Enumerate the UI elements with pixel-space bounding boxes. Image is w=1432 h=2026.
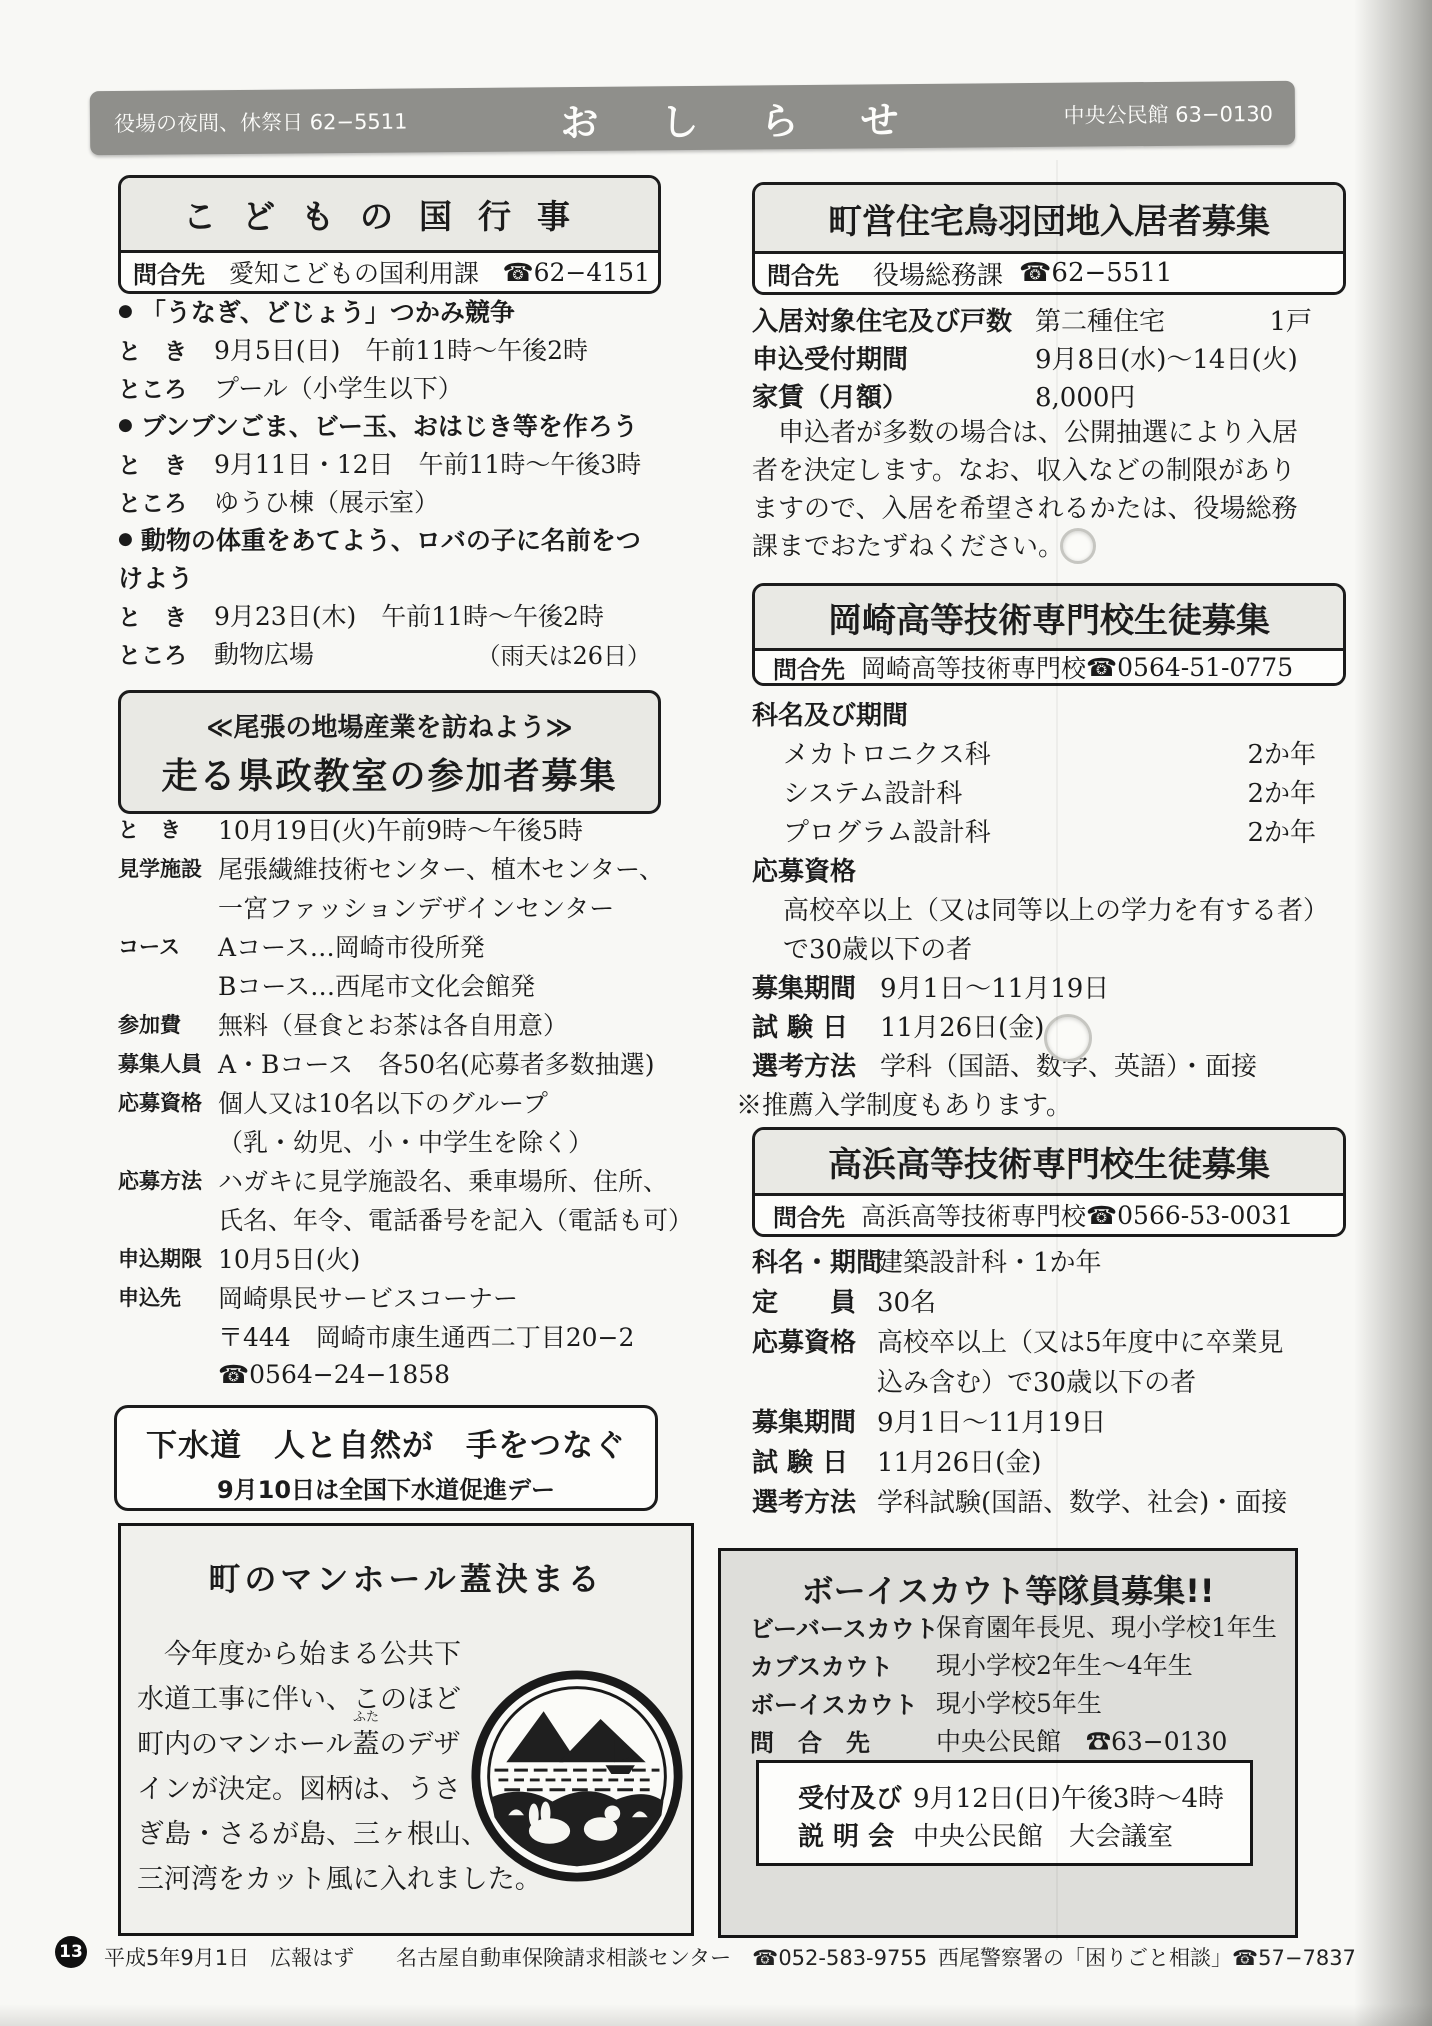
row-label: 申込受付期間 xyxy=(752,339,1035,376)
row-label: 募集期間 xyxy=(752,1402,877,1439)
section-kodomo-contact: 問合先 愛知こどもの国利用課 ☎62−4151 xyxy=(121,250,658,291)
event-where: ところ 動物広場 （雨天は26日） xyxy=(118,634,655,672)
row-label: 応募資格 xyxy=(752,851,856,888)
sewerage-banner: 下水道 人と自然が 手をつなぐ 9月10日は全国下水道促進デー xyxy=(114,1405,658,1511)
section-takahama-title: 高浜高等技術専門校生徒募集 xyxy=(755,1130,1343,1193)
row-value: 尾張繊維技術センター、植木センター、 xyxy=(218,850,664,886)
ruby-furigana: ふた xyxy=(353,1711,379,1724)
section-jutaku-title: 町営住宅鳥羽団地入居者募集 xyxy=(755,185,1343,251)
bullet-icon: ● xyxy=(118,301,133,321)
row-label: 試 験 日 xyxy=(752,1007,880,1044)
event-when: と き 9月23日(木) 午前11時〜午後2時 xyxy=(118,596,655,634)
row-label: 募集期間 xyxy=(752,968,880,1005)
page-bottom-shadow xyxy=(0,2004,1432,2026)
row-label: 問 合 先 xyxy=(750,1723,936,1758)
row-value: 9月12日(日)午後3時〜4時 xyxy=(913,1778,1224,1815)
section-okazaki-body: 科名及び期間 メカトロニクス科2か年 システム設計科2か年 プログラム設計科2か… xyxy=(752,694,1340,1123)
page-edge-shadow xyxy=(1354,0,1432,2026)
event-title: ● 動物の体重をあてよう、ロバの子に名前をつ xyxy=(118,520,655,558)
contact-phone: ☎62−4151 xyxy=(502,258,650,287)
manhole-line: ぎ島・さるが島、三ヶ根山、 xyxy=(137,1812,517,1857)
row-value: 現小学校5年生 xyxy=(936,1684,1102,1720)
manhole-line: 水道工事に伴い、このほど xyxy=(137,1677,517,1722)
bullet-icon: ● xyxy=(118,415,133,435)
row-value: で30歳以下の者 xyxy=(783,929,972,966)
row-label: コース xyxy=(118,931,218,961)
row-value: 無料（昼食とお茶は各自用意） xyxy=(218,1006,568,1042)
event-title: ● 「うなぎ、どじょう」つかみ競争 xyxy=(118,292,655,330)
row-value: 9月8日(水)〜14日(火) xyxy=(1035,339,1298,376)
row-value: Bコース…西尾市文化会館発 xyxy=(218,967,535,1003)
scout-title: ボーイスカウト等隊員募集!! xyxy=(721,1566,1295,1612)
paper-crease xyxy=(1056,160,1058,1940)
section-okazaki-head: 岡崎高等技術専門校生徒募集 問合先 岡崎高等技術専門校 ☎0564-51-077… xyxy=(752,583,1346,686)
recommendation-note: ※推薦入学制度もあります。 xyxy=(736,1085,1072,1122)
row-value: 9月1日〜11月19日 xyxy=(877,1402,1106,1439)
row-value: Aコース…岡崎市役所発 xyxy=(218,928,485,964)
row-label: 申込先 xyxy=(118,1282,218,1312)
contact-label: 問合先 xyxy=(767,256,839,291)
header-bar: 役場の夜間、休祭日 62−5511 お し ら せ 中央公民館 63−0130 xyxy=(90,81,1296,156)
section-jutaku-contact: 問合先 役場総務課 ☎62−5511 xyxy=(755,251,1343,292)
row-value: 学科試験(国語、数学、社会)・面接 xyxy=(877,1482,1287,1519)
punch-hole xyxy=(1060,528,1096,564)
row-value: 氏名、年令、電話番号を記入（電話も可） xyxy=(218,1201,693,1237)
row-value: 11月26日(金) xyxy=(877,1442,1041,1479)
row-value: A・Bコース 各50名(応募者多数抽選) xyxy=(218,1045,655,1081)
section-kodomo-title: こどもの国行事 xyxy=(121,178,658,250)
row-value: 岡崎県民サービスコーナー xyxy=(218,1279,518,1315)
section-kensei-title: 走る県政教室の参加者募集 xyxy=(121,744,658,811)
manhole-line: 町内のマンホール蓋ふたのデザ xyxy=(137,1722,517,1767)
row-label: と き xyxy=(118,814,218,844)
section-takahama-head: 高浜高等技術専門校生徒募集 問合先 高浜高等技術専門校 ☎0566-53-003… xyxy=(752,1127,1346,1237)
row-label: 試 験 日 xyxy=(752,1442,877,1479)
event-when: と き 9月5日(日) 午前11時〜午後2時 xyxy=(118,330,655,368)
section-scout: ボーイスカウト等隊員募集!! ビーバースカウト保育園年長児、現小学校1年生 カブ… xyxy=(718,1548,1298,1938)
course-name: メカトロニクス科 xyxy=(783,734,991,771)
course-name: システム設計科 xyxy=(783,773,962,810)
section-okazaki-contact: 問合先 岡崎高等技術専門校 ☎0564-51-0775 xyxy=(755,648,1343,683)
row-label: ボーイスカウト xyxy=(750,1685,936,1720)
row-value: （乳・幼児、小・中学生を除く） xyxy=(218,1123,593,1159)
row-label: 説 明 会 xyxy=(798,1816,913,1853)
contact-label: 問合先 xyxy=(133,255,205,290)
bullet-icon: ● xyxy=(118,529,133,549)
row-label: 入居対象住宅及び戸数 xyxy=(752,301,1035,338)
manhole-body: 今年度から始まる公共下 水道工事に伴い、このほど 町内のマンホール蓋ふたのデザ … xyxy=(137,1632,517,1902)
row-label: 募集人員 xyxy=(118,1048,218,1078)
scout-rows: ビーバースカウト保育園年長児、現小学校1年生 カブスカウト現小学校2年生〜4年生… xyxy=(750,1607,1270,1759)
page-title: お し ら せ xyxy=(407,87,1064,148)
contact-label: 問合先 xyxy=(773,1198,845,1233)
contact-phone: ☎0566-53-0031 xyxy=(1086,1201,1293,1230)
manhole-line: インが決定。図柄は、うさ xyxy=(137,1767,517,1812)
row-extra: 1戸 xyxy=(1269,301,1340,338)
event-when: と き 9月11日・12日 午前11時〜午後3時 xyxy=(118,444,655,482)
section-jutaku-head: 町営住宅鳥羽団地入居者募集 問合先 役場総務課 ☎62−5511 xyxy=(752,182,1346,295)
row-label: 科名・期間 xyxy=(752,1242,877,1279)
course-term: 2か年 xyxy=(1247,734,1340,771)
footer-date: 平成5年9月1日 広報はず xyxy=(104,1942,354,1972)
course-term: 2か年 xyxy=(1247,773,1340,810)
header-right-phone: 中央公民館 63−0130 xyxy=(1063,98,1273,130)
row-label: 選考方法 xyxy=(752,1046,880,1083)
section-kodomo-body: ● 「うなぎ、どじょう」つかみ競争 と き 9月5日(日) 午前11時〜午後2時… xyxy=(118,292,655,672)
row-value: ☎0564−24−1858 xyxy=(218,1360,450,1389)
manhole-line: 今年度から始まる公共下 xyxy=(137,1632,517,1677)
newsletter-page: 役場の夜間、休祭日 62−5511 お し ら せ 中央公民館 63−0130 … xyxy=(0,0,1432,2026)
section-kensei-body: と き10月19日(火)午前9時〜午後5時 見学施設尾張繊維技術センター、植木セ… xyxy=(118,809,655,1394)
contact-name: 岡崎高等技術専門校 xyxy=(861,649,1086,685)
banner-slogan: 下水道 人と自然が 手をつなぐ xyxy=(117,1420,655,1465)
section-okazaki-title: 岡崎高等技術専門校生徒募集 xyxy=(755,586,1343,648)
row-label: 参加費 xyxy=(118,1009,218,1039)
section-manhole: 町のマンホール蓋決まる 今年度から始まる公共下 水道工事に伴い、このほど 町内の… xyxy=(118,1523,694,1936)
row-label: 家賃（月額） xyxy=(752,377,1035,414)
section-takahama-contact: 問合先 高浜高等技術専門校 ☎0566-53-0031 xyxy=(755,1193,1343,1234)
page-number-badge: 13 xyxy=(55,1936,87,1968)
row-label: 応募資格 xyxy=(752,1322,877,1359)
row-value: 一宮ファッションデザインセンター xyxy=(218,889,614,925)
contact-label: 問合先 xyxy=(773,650,845,685)
row-value: 8,000円 xyxy=(1035,377,1135,414)
contact-phone: ☎0564-51-0775 xyxy=(1086,653,1293,682)
row-value: 込み含む）で30歳以下の者 xyxy=(877,1362,1196,1399)
row-label: 申込期限 xyxy=(118,1243,218,1273)
section-kensei-head: ≪尾張の地場産業を訪ねよう≫ 走る県政教室の参加者募集 xyxy=(118,690,661,814)
contact-name: 高浜高等技術専門校 xyxy=(861,1197,1086,1233)
row-value: 中央公民館 大会議室 xyxy=(913,1816,1173,1853)
row-label: 応募方法 xyxy=(118,1165,218,1195)
row-value: 建築設計科・1か年 xyxy=(877,1242,1102,1279)
rain-note: （雨天は26日） xyxy=(476,636,655,671)
header-left-phone: 役場の夜間、休祭日 62−5511 xyxy=(114,105,408,138)
section-kodomo-head: こどもの国行事 問合先 愛知こどもの国利用課 ☎62−4151 xyxy=(118,175,661,294)
footer-police-contact: 西尾警察署の「困りごと相談」☎57−7837 xyxy=(938,1942,1356,1972)
row-label: 定 員 xyxy=(752,1282,877,1319)
row-label: 受付及び xyxy=(798,1778,913,1815)
row-label: 応募資格 xyxy=(118,1087,218,1117)
course-name: プログラム設計科 xyxy=(783,812,991,849)
row-value: 現小学校2年生〜4年生 xyxy=(936,1646,1193,1682)
row-value: 保育園年長児、現小学校1年生 xyxy=(936,1608,1277,1644)
footer-insurance-contact: 名古屋自動車保険請求相談センター ☎052-583-9755 xyxy=(396,1942,927,1972)
contact-name: 役場総務課 xyxy=(873,255,1003,292)
course-term: 2か年 xyxy=(1247,812,1340,849)
row-value: 30名 xyxy=(877,1282,936,1319)
section-jutaku-body: 入居対象住宅及び戸数第二種住宅1戸 申込受付期間9月8日(水)〜14日(火) 家… xyxy=(752,300,1340,566)
jutaku-paragraph: 申込者が多数の場合は、公開抽選により入居 者を決定します。なお、収入などの制限が… xyxy=(752,414,1340,566)
row-label: 科名及び期間 xyxy=(752,695,908,732)
event-where: ところ プール（小学生以下） xyxy=(118,368,655,406)
row-value: 〒444 岡崎市康生通西二丁目20−2 xyxy=(218,1318,634,1354)
event-title-continued: けよう xyxy=(118,558,655,596)
event-where: ところ ゆうひ棟（展示室） xyxy=(118,482,655,520)
row-value: 10月19日(火)午前9時〜午後5時 xyxy=(218,811,583,847)
banner-subline: 9月10日は全国下水道促進デー xyxy=(117,1470,655,1505)
footer: 13 平成5年9月1日 広報はず 名古屋自動車保険請求相談センター ☎052-5… xyxy=(0,1934,1432,1978)
row-value: 第二種住宅 xyxy=(1035,301,1165,338)
ruby-base: 蓋ふた xyxy=(352,1722,379,1767)
row-value: 9月1日〜11月19日 xyxy=(880,968,1109,1005)
row-value: 中央公民館 ☎63−0130 xyxy=(936,1722,1227,1758)
contact-phone: ☎62−5511 xyxy=(1019,258,1172,288)
row-label: カブスカウト xyxy=(750,1647,936,1682)
row-value: 高校卒以上（又は5年度中に卒業見 xyxy=(877,1322,1284,1359)
scout-session-box: 受付及び9月12日(日)午後3時〜4時 説 明 会中央公民館 大会議室 xyxy=(756,1760,1253,1866)
row-label: 見学施設 xyxy=(118,853,218,883)
manhole-cover-illustration xyxy=(469,1668,685,1884)
row-value: 10月5日(火) xyxy=(218,1240,360,1276)
row-value: 個人又は10名以下のグループ xyxy=(218,1084,548,1120)
row-value: 11月26日(金) xyxy=(880,1007,1044,1044)
section-takahama-body: 科名・期間建築設計科・1か年 定 員30名 応募資格高校卒以上（又は5年度中に卒… xyxy=(752,1240,1340,1520)
row-value: ハガキに見学施設名、乗車場所、住所、 xyxy=(218,1162,668,1198)
manhole-title: 町のマンホール蓋決まる xyxy=(121,1554,691,1600)
row-label: ビーバースカウト xyxy=(750,1609,936,1644)
event-title: ● ブンブンごま、ビー玉、おはじき等を作ろう xyxy=(118,406,655,444)
section-kensei-subtitle: ≪尾張の地場産業を訪ねよう≫ xyxy=(121,693,658,744)
punch-hole xyxy=(1044,1014,1092,1062)
row-label: 選考方法 xyxy=(752,1482,877,1519)
contact-name: 愛知こどもの国利用課 xyxy=(229,254,479,290)
